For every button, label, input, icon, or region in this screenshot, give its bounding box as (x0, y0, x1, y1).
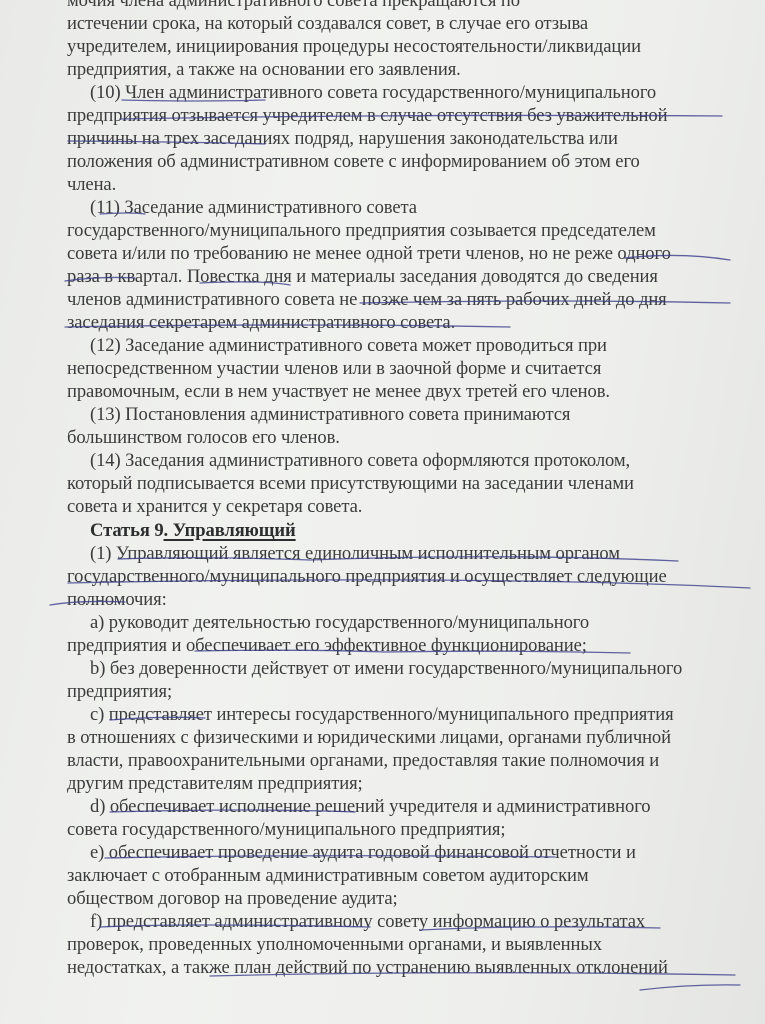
text-line: проверок, проведенных уполномоченными ор… (67, 934, 602, 956)
clause-10: (10) Член административного совета госуд… (90, 82, 656, 104)
article-number: Статья 9 (90, 520, 164, 541)
clause-13: (13) Постановления административного сов… (90, 404, 570, 426)
article-clause-1: (1) Управляющий является единоличным исп… (90, 543, 620, 565)
text-line: недостатках, а также план действий по ус… (67, 957, 668, 979)
clause-12: (12) Заседание административного совета … (90, 335, 607, 357)
text-line: учредителем, инициирования процедуры нес… (67, 36, 641, 58)
text-line: предприятия; (67, 681, 172, 703)
text-line: совета и хранится у секретаря совета. (67, 496, 362, 518)
list-item-b: b) без доверенности действует от имени г… (90, 658, 682, 680)
list-item-d: d) обеспечивает исполнение решений учред… (90, 796, 650, 818)
list-item-c: c) представляет интересы государственног… (90, 704, 674, 726)
text-line: члена. (67, 174, 116, 196)
text-line: непосредственном участии членов или в за… (67, 358, 601, 380)
text-line: причины на трех заседаниях подряд, наруш… (67, 128, 618, 150)
clause-14: (14) Заседания административного совета … (90, 450, 630, 472)
list-item-e: e) обеспечивает проведение аудита годово… (90, 842, 636, 864)
text-line: другим представителям предприятия; (67, 773, 363, 795)
text-line: предприятия и обеспечивает его эффективн… (67, 635, 587, 657)
list-item-a: a) руководит деятельностью государственн… (90, 612, 589, 634)
article-title: . Управляющий (164, 520, 296, 541)
document-page: мочия члена административного совета пре… (0, 0, 765, 1024)
text-line: правомочным, если в нем участвует не мен… (67, 381, 610, 403)
article-heading: Статья 9. Управляющий (90, 520, 296, 542)
text-line: мочия члена административного совета пре… (67, 0, 520, 12)
text-line: в отношениях с физическими и юридическим… (67, 727, 671, 749)
text-line: раза в квартал. Повестка дня и материалы… (67, 266, 658, 288)
text-line: государственного/муниципального предприя… (67, 220, 656, 242)
text-line: совета государственного/муниципального п… (67, 819, 505, 841)
text-line: большинством голосов его членов. (67, 427, 340, 449)
text-line: который подписывается всеми присутствующ… (67, 473, 634, 495)
text-line: предприятия, а также на основании его за… (67, 59, 461, 81)
text-line: полномочия: (67, 589, 167, 611)
text-line: заседания секретарем административного с… (67, 312, 455, 334)
text-line: государственного/муниципального предприя… (67, 566, 667, 588)
text-line: власти, правоохранительными органами, пр… (67, 750, 659, 772)
text-line: заключает с отобранным административным … (67, 865, 589, 887)
text-line: истечении срока, на который создавался с… (67, 13, 588, 35)
text-line: обществом договор на проведение аудита; (67, 888, 398, 910)
text-line: положения об административном совете с и… (67, 151, 640, 173)
list-item-f: f) представляет административному совету… (90, 911, 645, 933)
text-line: предприятия отзывается учредителем в слу… (67, 105, 667, 127)
clause-11: (11) Заседание административного совета (90, 197, 417, 219)
text-line: членов административного совета не позже… (67, 289, 667, 311)
text-line: совета и/или по требованию не менее одно… (67, 243, 671, 265)
